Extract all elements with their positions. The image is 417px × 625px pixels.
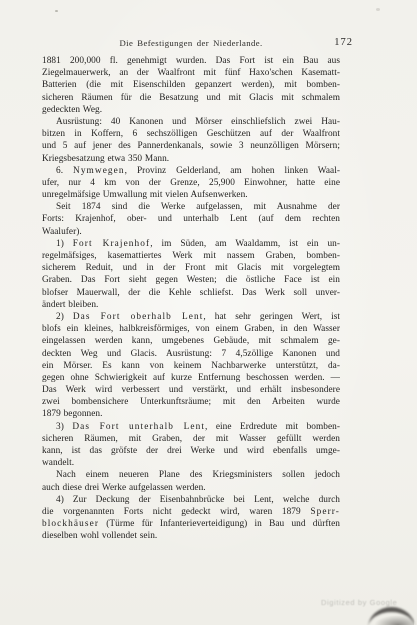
text-segment: 3): [56, 422, 72, 432]
text-segment: 1881 200,000 fl. genehmigt wurden. Das F…: [42, 56, 340, 66]
text-body: 1881 200,000 fl. genehmigt wurden. Das F…: [42, 55, 340, 543]
text-segment: sicherem Reduit, und in der Front mit Gl…: [42, 263, 340, 273]
text-line: blofser Mauerwall, der die Kehle schlief…: [42, 287, 340, 299]
text-line: und 5 auf jener des Pannerdenkanals, sow…: [42, 140, 340, 152]
text-line: ufer, nur 4 km von der Grenze, 25,900 Ei…: [42, 177, 340, 189]
text-segment: , Provinz Gelderland, am hohen linken Wa…: [125, 166, 340, 176]
text-segment: die vorgenannten Forts nicht gedeckt wir…: [42, 507, 310, 517]
text-segment: ändert bleiben.: [42, 300, 98, 310]
text-segment: 1): [56, 239, 73, 249]
page-curl-shadow: [374, 615, 414, 625]
text-line: 3) Das Fort unterhalb Lent, eine Erdredu…: [42, 421, 340, 433]
text-segment: Waalufer).: [42, 227, 82, 237]
scan-speck-icon: [55, 10, 58, 12]
text-line: sicheren Räumen, mit Graben, der mit Was…: [42, 433, 340, 445]
page-number: 172: [334, 37, 353, 48]
text-segment: Seit 1874 sind die Werke aufgelassen, mi…: [56, 202, 340, 212]
paragraph: Seit 1874 sind die Werke aufgelassen, mi…: [42, 201, 340, 238]
text-line: sicherem Reduit, und in der Front mit Gl…: [42, 262, 340, 274]
text-segment: Nach einem neueren Plane des Kriegsminis…: [56, 470, 340, 480]
emphasized-text: Das Fort unterhalb Lent: [72, 422, 205, 432]
text-segment: kann, ist das gröfste der drei Werke und…: [42, 446, 340, 456]
text-line: Ziegelmauerwerk, an der Waalfront mit fü…: [42, 67, 340, 79]
text-line: deckten Weg und Glacis. Ausrüstung: 7 4,…: [42, 348, 340, 360]
text-line: blofs ein kleines, halbkreisförmiges, vo…: [42, 323, 340, 335]
text-line: Batterien (die mit Eisenschilden gepanze…: [42, 79, 340, 91]
text-line: gedeckten Weg.: [42, 104, 340, 116]
text-line: 2) Das Fort oberhalb Lent, hat sehr geri…: [42, 311, 340, 323]
emphasized-text: Sperr-: [310, 507, 340, 517]
paragraph: 1881 200,000 fl. genehmigt wurden. Das F…: [42, 55, 340, 116]
text-segment: gedeckten Weg.: [42, 105, 102, 115]
page-header: Die Befestigungen der Niederlande. 172: [42, 38, 353, 51]
text-line: ein Mörser. Es kann von keinem Nachbarwe…: [42, 360, 340, 372]
text-line: zwei bombensichere Unterkunftsräume; mit…: [42, 396, 340, 408]
text-segment: Kriegsbesatzung etwa 350 Mann.: [42, 154, 169, 164]
text-segment: Das Werk wird verbessert und verstärkt, …: [42, 385, 340, 395]
text-line: gegen ohne Schwierigkeit auf kurze Entfe…: [42, 372, 340, 384]
text-segment: und 5 auf jener des Pannerdenkanals, sow…: [42, 141, 340, 151]
text-segment: wandelt.: [42, 458, 74, 468]
text-segment: deckten Weg und Glacis. Ausrüstung: 7 4,…: [42, 349, 340, 359]
text-line: unregelmäfsige Umwallung mit vielen Aufs…: [42, 189, 340, 201]
text-line: Nach einem neueren Plane des Kriegsminis…: [42, 469, 340, 481]
text-segment: Ziegelmauerwerk, an der Waalfront mit fü…: [42, 68, 340, 78]
text-line: Ausrüstung: 40 Kanonen und Mörser einsch…: [42, 116, 340, 128]
text-line: die vorgenannten Forts nicht gedeckt wir…: [42, 506, 340, 518]
text-line: Forts: Krajenhof, ober- und unterhalb Le…: [42, 213, 340, 225]
text-line: bitzen in Koffern, 6 sechszölligen Gesch…: [42, 128, 340, 140]
text-line: Seit 1874 sind die Werke aufgelassen, mi…: [42, 201, 340, 213]
emphasized-text: Fort Krajenhof: [73, 239, 150, 249]
text-line: 1881 200,000 fl. genehmigt wurden. Das F…: [42, 55, 340, 67]
text-segment: Forts: Krajenhof, ober- und unterhalb Le…: [42, 214, 340, 224]
scanned-page: Die Befestigungen der Niederlande. 172 1…: [0, 0, 417, 625]
text-segment: 2): [56, 312, 73, 322]
paragraph: 1) Fort Krajenhof, im Süden, am Waaldamm…: [42, 238, 340, 311]
text-segment: , hat sehr geringen Wert, ist: [203, 312, 340, 322]
text-segment: auch diese drei Werke aufgelassen werden…: [42, 483, 206, 493]
paragraph: Nach einem neueren Plane des Kriegsminis…: [42, 469, 340, 493]
paragraph: Ausrüstung: 40 Kanonen und Mörser einsch…: [42, 116, 340, 165]
text-line: Graben. Das Fort sieht gegen Westen; die…: [42, 274, 340, 286]
text-segment: (Türme für Infanterieverteidigung) in Ba…: [99, 519, 340, 529]
text-segment: Ausrüstung: 40 Kanonen und Mörser einsch…: [56, 117, 340, 127]
text-segment: sicheren Räumen, mit Graben, der mit Was…: [42, 434, 340, 444]
text-line: 6. Nymwegen, Provinz Gelderland, am hohe…: [42, 165, 340, 177]
text-line: Kriegsbesatzung etwa 350 Mann.: [42, 153, 340, 165]
emphasized-text: Nymwegen: [73, 166, 125, 176]
text-line: wandelt.: [42, 457, 340, 469]
text-segment: ufer, nur 4 km von der Grenze, 25,900 Ei…: [42, 178, 340, 188]
text-segment: zwei bombensichere Unterkunftsräume; mit…: [42, 397, 340, 407]
text-line: 4) Zur Deckung der Eisenbahnbrücke bei L…: [42, 494, 340, 506]
paragraph: 4) Zur Deckung der Eisenbahnbrücke bei L…: [42, 494, 340, 543]
text-line: 1879 begonnen.: [42, 408, 340, 420]
text-segment: gegen ohne Schwierigkeit auf kurze Entfe…: [42, 373, 340, 383]
text-line: blockhäuser (Türme für Infanterieverteid…: [42, 518, 340, 530]
text-segment: blofs ein kleines, halbkreisförmiges, vo…: [42, 324, 340, 334]
text-segment: Graben. Das Fort sieht gegen Westen; die…: [42, 275, 340, 285]
text-line: kann, ist das gröfste der drei Werke und…: [42, 445, 340, 457]
emphasized-text: blockhäuser: [42, 519, 99, 529]
text-line: sicheren Räumen für die Besatzung und mi…: [42, 92, 340, 104]
text-segment: , im Süden, am Waaldamm, ist ein un-: [150, 239, 340, 249]
text-segment: sicheren Räumen für die Besatzung und mi…: [42, 93, 340, 103]
emphasized-text: Das Fort oberhalb Lent: [73, 312, 204, 322]
text-line: regelmäfsiges, kasemattiertes Werk mit n…: [42, 250, 340, 262]
paragraph: 3) Das Fort unterhalb Lent, eine Erdredu…: [42, 421, 340, 470]
text-segment: ein Mörser. Es kann von keinem Nachbarwe…: [42, 361, 340, 371]
text-line: ändert bleiben.: [42, 299, 340, 311]
text-line: eingelassen werden kann, umgebenes Gebäu…: [42, 335, 340, 347]
text-line: Das Werk wird verbessert und verstärkt, …: [42, 384, 340, 396]
text-segment: eingelassen werden kann, umgebenes Gebäu…: [42, 336, 340, 346]
text-segment: dieselben wohl vollendet sein.: [42, 531, 157, 541]
text-segment: Batterien (die mit Eisenschilden gepanze…: [42, 80, 340, 90]
text-line: Waalufer).: [42, 226, 340, 238]
text-segment: 6.: [56, 166, 73, 176]
text-segment: regelmäfsiges, kasemattiertes Werk mit n…: [42, 251, 340, 261]
text-segment: 1879 begonnen.: [42, 409, 103, 419]
scan-speck-icon: [376, 8, 380, 11]
watermark-text: Digitized by Google: [321, 598, 403, 607]
text-segment: blofser Mauerwall, der die Kehle schlief…: [42, 288, 340, 298]
running-title: Die Befestigungen der Niederlande.: [42, 38, 340, 48]
text-segment: 4) Zur Deckung der Eisenbahnbrücke bei L…: [56, 495, 340, 505]
paragraph: 6. Nymwegen, Provinz Gelderland, am hohe…: [42, 165, 340, 202]
text-line: dieselben wohl vollendet sein.: [42, 530, 340, 542]
text-line: 1) Fort Krajenhof, im Süden, am Waaldamm…: [42, 238, 340, 250]
text-segment: , eine Erdredute mit bomben-: [205, 422, 340, 432]
text-line: auch diese drei Werke aufgelassen werden…: [42, 482, 340, 494]
text-segment: bitzen in Koffern, 6 sechszölligen Gesch…: [42, 129, 340, 139]
paragraph: 2) Das Fort oberhalb Lent, hat sehr geri…: [42, 311, 340, 421]
text-segment: unregelmäfsige Umwallung mit vielen Aufs…: [42, 190, 248, 200]
